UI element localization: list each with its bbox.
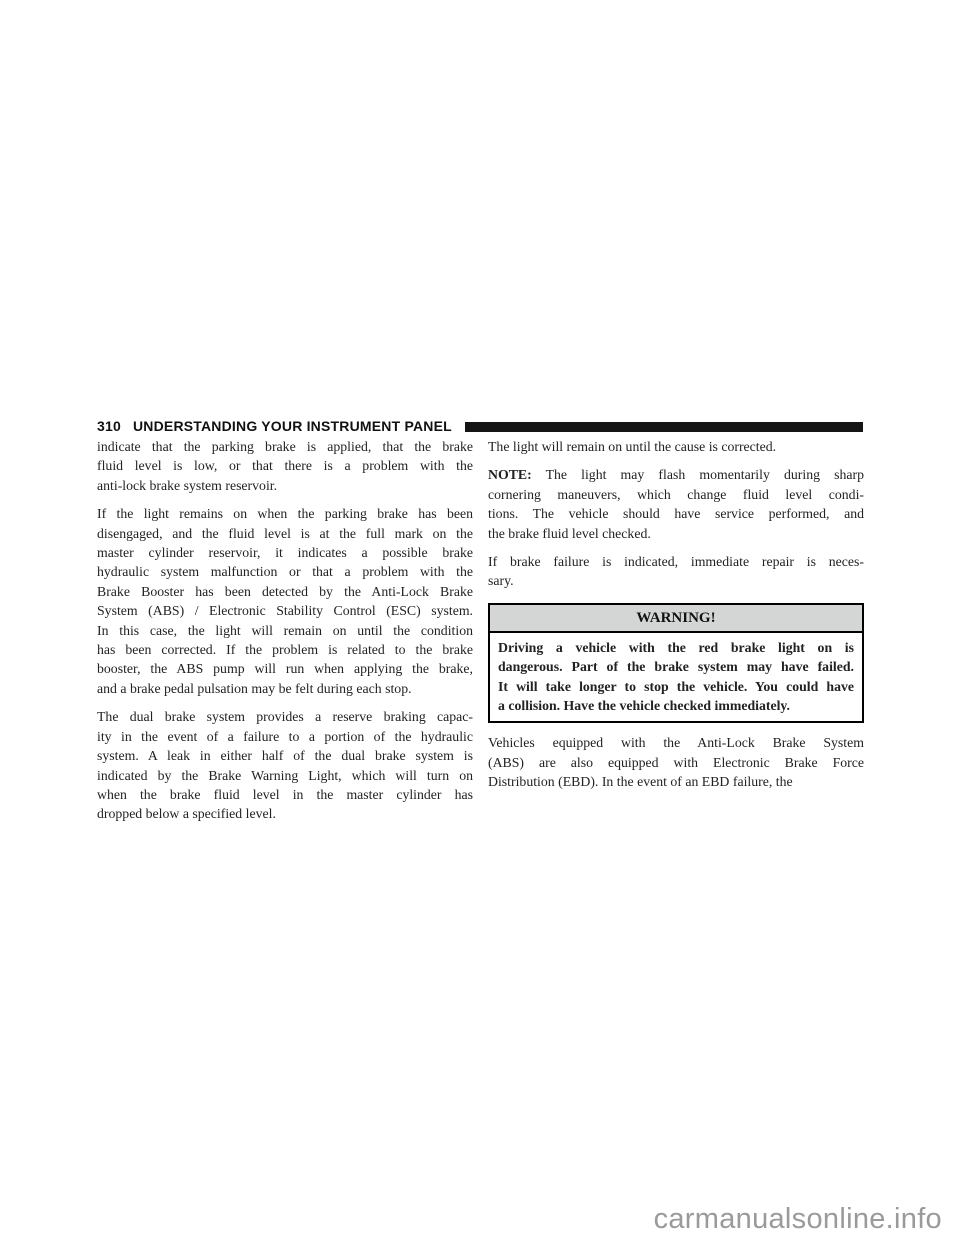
text-line: has been corrected. If the problem is re…: [97, 640, 473, 659]
text-line: booster, the ABS pump will run when appl…: [97, 659, 473, 678]
running-header: 310 UNDERSTANDING YOUR INSTRUMENT PANEL: [97, 418, 863, 434]
text-line: Vehicles equipped with the Anti-Lock Bra…: [488, 733, 864, 752]
text-line: disengaged, and the fluid level is at th…: [97, 524, 473, 543]
text-line: anti-lock brake system reservoir.: [97, 476, 473, 495]
text-line: Driving a vehicle with the red brake lig…: [498, 638, 854, 657]
text-line: In this case, the light will remain on u…: [97, 621, 473, 640]
text-line: If the light remains on when the parking…: [97, 504, 473, 523]
text-line: System (ABS) / Electronic Stability Cont…: [97, 601, 473, 620]
text-line: The light will remain on until the cause…: [488, 437, 864, 456]
text-line: indicated by the Brake Warning Light, wh…: [97, 766, 473, 785]
text-line: cornering maneuvers, which change fluid …: [488, 485, 864, 504]
chapter-title: UNDERSTANDING YOUR INSTRUMENT PANEL: [133, 418, 452, 434]
text-line: system. A leak in either half of the dua…: [97, 746, 473, 765]
note-paragraph: NOTE: The light may flash momentarily du…: [488, 465, 864, 543]
warning-box: WARNING! Driving a vehicle with the red …: [488, 603, 864, 724]
text-line: Distribution (EBD). In the event of an E…: [488, 772, 864, 791]
text-line: master cylinder reservoir, it indicates …: [97, 543, 473, 562]
text-line: fluid level is low, or that there is a p…: [97, 456, 473, 475]
warning-box-body: Driving a vehicle with the red brake lig…: [490, 633, 862, 722]
paragraph: The dual brake system provides a reserve…: [97, 707, 473, 823]
paragraph: If brake failure is indicated, immediate…: [488, 552, 864, 591]
warning-box-title: WARNING!: [490, 605, 862, 633]
paragraph: Vehicles equipped with the Anti-Lock Bra…: [488, 733, 864, 791]
manual-page: 310 UNDERSTANDING YOUR INSTRUMENT PANEL …: [0, 0, 960, 1242]
text-line: The dual brake system provides a reserve…: [97, 707, 473, 726]
left-text-column: indicate that the parking brake is appli…: [97, 437, 473, 833]
text-line: indicate that the parking brake is appli…: [97, 437, 473, 456]
text-line: hydraulic system malfunction or that a p…: [97, 562, 473, 581]
text-line: NOTE: The light may flash momentarily du…: [488, 465, 864, 484]
watermark-text: carmanualsonline.info: [654, 1203, 942, 1236]
text-line: dangerous. Part of the brake system may …: [498, 657, 854, 676]
text-line: the brake fluid level checked.: [488, 524, 864, 543]
text-line: sary.: [488, 571, 864, 590]
page-number: 310: [97, 418, 121, 434]
right-text-column: The light will remain on until the cause…: [488, 437, 864, 801]
header-rule-bar: [465, 422, 863, 432]
text-line: dropped below a specified level.: [97, 804, 473, 823]
paragraph: If the light remains on when the parking…: [97, 504, 473, 698]
text-line: Brake Booster has been detected by the A…: [97, 582, 473, 601]
paragraph: indicate that the parking brake is appli…: [97, 437, 473, 495]
text-line: a collision. Have the vehicle checked im…: [498, 696, 854, 715]
text-line: (ABS) are also equipped with Electronic …: [488, 753, 864, 772]
text-line: and a brake pedal pulsation may be felt …: [97, 679, 473, 698]
text-line: tions. The vehicle should have service p…: [488, 504, 864, 523]
paragraph: The light will remain on until the cause…: [488, 437, 864, 456]
text-line: ity in the event of a failure to a porti…: [97, 727, 473, 746]
text-line: It will take longer to stop the vehicle.…: [498, 677, 854, 696]
text-line: If brake failure is indicated, immediate…: [488, 552, 864, 571]
text-line: when the brake fluid level in the master…: [97, 785, 473, 804]
